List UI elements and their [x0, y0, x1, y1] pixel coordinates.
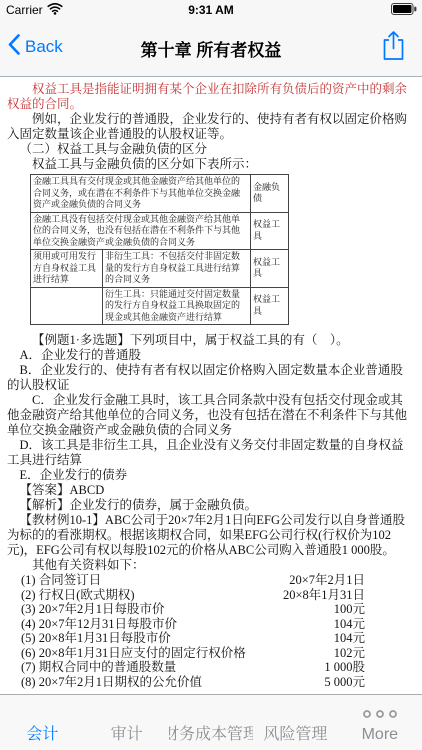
table-cell-classification: 权益工具 — [251, 250, 289, 288]
status-bar: Carrier 9:31 AM — [0, 0, 422, 20]
tab-risk-management[interactable]: 风险管理 — [253, 695, 337, 750]
tab-financial-cost-management[interactable]: 财务成本管理 — [169, 695, 253, 750]
fact-value: 100元 — [334, 602, 415, 617]
tab-label: 会计 — [26, 721, 58, 744]
page-title: 第十章 所有者权益 — [70, 36, 352, 61]
more-dots-icon — [362, 706, 398, 724]
fact-label: (7) 期权合同中的普通股数量 — [21, 660, 176, 675]
comparison-table-wrapper: 金融工具具有交付现金或其他金融资产给其他单位的合同义务，或在潜在不利条件下与其他… — [30, 174, 415, 325]
fact-row: (1) 合同签订日 20×7年2月1日 — [7, 573, 415, 588]
fact-label: (3) 20×7年2月1日每股市价 — [21, 602, 165, 617]
fact-label: (1) 合同签订日 — [21, 573, 101, 588]
option-d: D．该工具是非衍生工具，且企业没有义务交付非固定数量的自身权益工具进行结算 — [7, 438, 415, 468]
table-cell-condition: 金融工具没有包括交付现金或其他金融资产给其他单位的合同义务，也没有包括在潜在不利… — [31, 212, 251, 250]
tab-auditing[interactable]: 审计 — [84, 695, 168, 750]
tab-bar: 会计 审计 财务成本管理 风险管理 More — [0, 694, 422, 750]
table-cell-settlement: 须用或可用发行方自身权益工具进行结算 — [31, 250, 103, 288]
fact-value: 104元 — [334, 631, 415, 646]
share-button[interactable] — [381, 30, 406, 66]
fact-label: (5) 20×8年1月31日每股市价 — [21, 631, 171, 646]
table-cell-condition: 金融工具具有交付现金或其他金融资产给其他单位的合同义务，或在潜在不利条件下与其他… — [31, 175, 251, 213]
clock: 9:31 AM — [0, 3, 422, 17]
fact-row: (8) 20×7年2月1日期权的公允价值 5 000元 — [7, 675, 415, 690]
fact-row: (4) 20×7年12月31日每股市价 104元 — [7, 617, 415, 632]
tab-label: 财务成本管理 — [169, 721, 253, 744]
textbook-example-paragraph: 【教材例10-1】ABC公司于20×7年2月1日向EFG公司发行以自身普通股为标… — [7, 513, 415, 558]
fact-row: (6) 20×8年1月31日应支付的固定行权价格 102元 — [7, 646, 415, 661]
fact-value: 1 000股 — [324, 660, 415, 675]
fact-label: (2) 行权日(欧式期权) — [21, 588, 135, 603]
table-cell-empty — [31, 287, 103, 325]
answer-line: 【答案】ABCD — [7, 483, 415, 498]
back-button[interactable]: Back — [8, 34, 63, 60]
option-c: C．企业发行金融工具时，该工具合同条款中没有包括交付现金或其他金融资产给其他单位… — [7, 393, 415, 438]
fact-row: (3) 20×7年2月1日每股市价 100元 — [7, 602, 415, 617]
navigation-bar: Back 第十章 所有者权益 — [0, 20, 422, 77]
fact-value: 102元 — [334, 646, 415, 661]
tab-label: More — [362, 726, 398, 744]
fact-row: (7) 期权合同中的普通股数量 1 000股 — [7, 660, 415, 675]
table-row: 金融工具具有交付现金或其他金融资产给其他单位的合同义务，或在潜在不利条件下与其他… — [31, 175, 289, 213]
app-window: Carrier 9:31 AM — [0, 0, 422, 750]
analysis-line: 【解析】企业发行的债券，属于金融负债。 — [7, 498, 415, 513]
back-label: Back — [25, 37, 63, 57]
table-row: 金融工具没有包括交付现金或其他金融资产给其他单位的合同义务，也没有包括在潜在不利… — [31, 212, 289, 250]
document-scroll-area[interactable]: 权益工具是指能证明拥有某个企业在扣除所有负债后的资产中的剩余权益的合同。 例如，… — [0, 77, 422, 695]
table-cell-condition: 非衍生工具：不包括交付非固定数量的发行方自身权益工具进行结算的合同义务 — [103, 250, 251, 288]
fact-label: (6) 20×8年1月31日应支付的固定行权价格 — [21, 646, 246, 661]
fact-value: 20×8年1月31日 — [283, 588, 415, 603]
share-icon — [381, 48, 406, 65]
back-chevron-icon — [8, 34, 20, 60]
equity-vs-liability-table: 金融工具具有交付现金或其他金融资产给其他单位的合同义务，或在潜在不利条件下与其他… — [30, 174, 289, 325]
option-a: A．企业发行的普通股 — [7, 348, 415, 363]
fact-row: (5) 20×8年1月31日每股市价 104元 — [7, 631, 415, 646]
fact-value: 104元 — [334, 617, 415, 632]
battery-icon — [391, 3, 417, 18]
fact-value: 20×7年2月1日 — [289, 573, 415, 588]
exercise-question: 【例题1·多选题】下列项目中，属于权益工具的有（ ）。 — [7, 333, 415, 348]
table-cell-classification: 金融负债 — [251, 175, 289, 213]
table-cell-condition: 衍生工具：只能通过交付固定数量的发行方自身权益工具换取固定的现金或其他金融资产进… — [103, 287, 251, 325]
definition-paragraph: 权益工具是指能证明拥有某个企业在扣除所有负债后的资产中的剩余权益的合同。 — [7, 82, 415, 112]
fact-row: (2) 行权日(欧式期权) 20×8年1月31日 — [7, 588, 415, 603]
table-cell-classification: 权益工具 — [251, 287, 289, 325]
fact-value: 5 000元 — [324, 675, 415, 690]
tab-label: 审计 — [111, 721, 143, 744]
example-paragraph: 例如，企业发行的普通股，企业发行的、使持有者有权以固定价格购入固定数量该企业普通… — [7, 112, 415, 142]
table-cell-classification: 权益工具 — [251, 212, 289, 250]
section-heading: （二）权益工具与金融负债的区分 — [7, 142, 415, 157]
option-b: B．企业发行的、使持有者有权以固定价格购入固定数量本企业普通股的认股权证 — [7, 363, 415, 393]
facts-intro-line: 其他有关资料如下： — [7, 558, 415, 573]
table-intro-paragraph: 权益工具与金融负债的区分如下表所示： — [7, 157, 415, 172]
fact-label: (8) 20×7年2月1日期权的公允价值 — [21, 675, 202, 690]
option-e: E．企业发行的债券 — [7, 468, 415, 483]
tab-accounting[interactable]: 会计 — [0, 695, 84, 750]
table-row: 须用或可用发行方自身权益工具进行结算 非衍生工具：不包括交付非固定数量的发行方自… — [31, 250, 289, 288]
table-row: 衍生工具：只能通过交付固定数量的发行方自身权益工具换取固定的现金或其他金融资产进… — [31, 287, 289, 325]
tab-label: 风险管理 — [263, 721, 327, 744]
tab-more[interactable]: More — [338, 695, 422, 750]
fact-label: (4) 20×7年12月31日每股市价 — [21, 617, 177, 632]
